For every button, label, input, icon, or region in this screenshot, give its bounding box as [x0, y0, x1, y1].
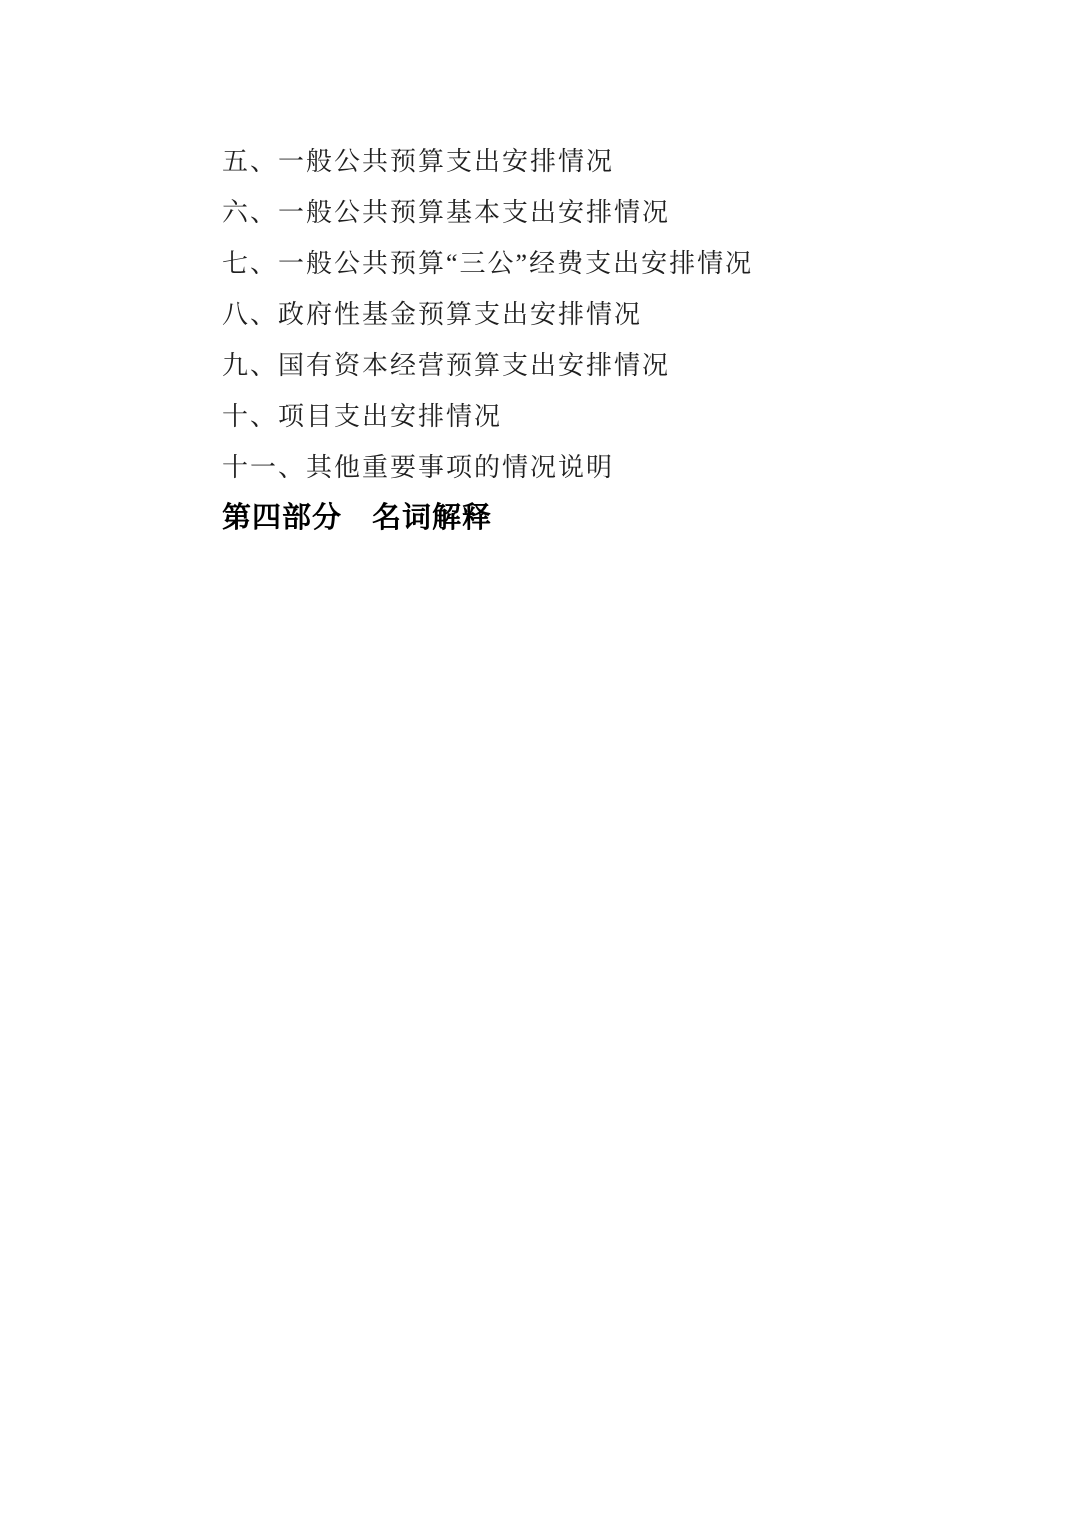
- toc-item-9: 九、国有资本经营预算支出安排情况: [222, 340, 753, 391]
- toc-item-5: 五、一般公共预算支出安排情况: [222, 136, 753, 187]
- toc-content-block: 五、一般公共预算支出安排情况 六、一般公共预算基本支出安排情况 七、一般公共预算…: [222, 136, 753, 544]
- toc-item-10: 十、项目支出安排情况: [222, 391, 753, 442]
- document-page: 五、一般公共预算支出安排情况 六、一般公共预算基本支出安排情况 七、一般公共预算…: [0, 0, 1074, 1520]
- toc-item-7: 七、一般公共预算“三公”经费支出安排情况: [222, 238, 753, 289]
- toc-item-11: 十一、其他重要事项的情况说明: [222, 442, 753, 493]
- toc-item-8: 八、政府性基金预算支出安排情况: [222, 289, 753, 340]
- toc-item-6: 六、一般公共预算基本支出安排情况: [222, 187, 753, 238]
- section-heading-part-four: 第四部分 名词解释: [222, 493, 753, 544]
